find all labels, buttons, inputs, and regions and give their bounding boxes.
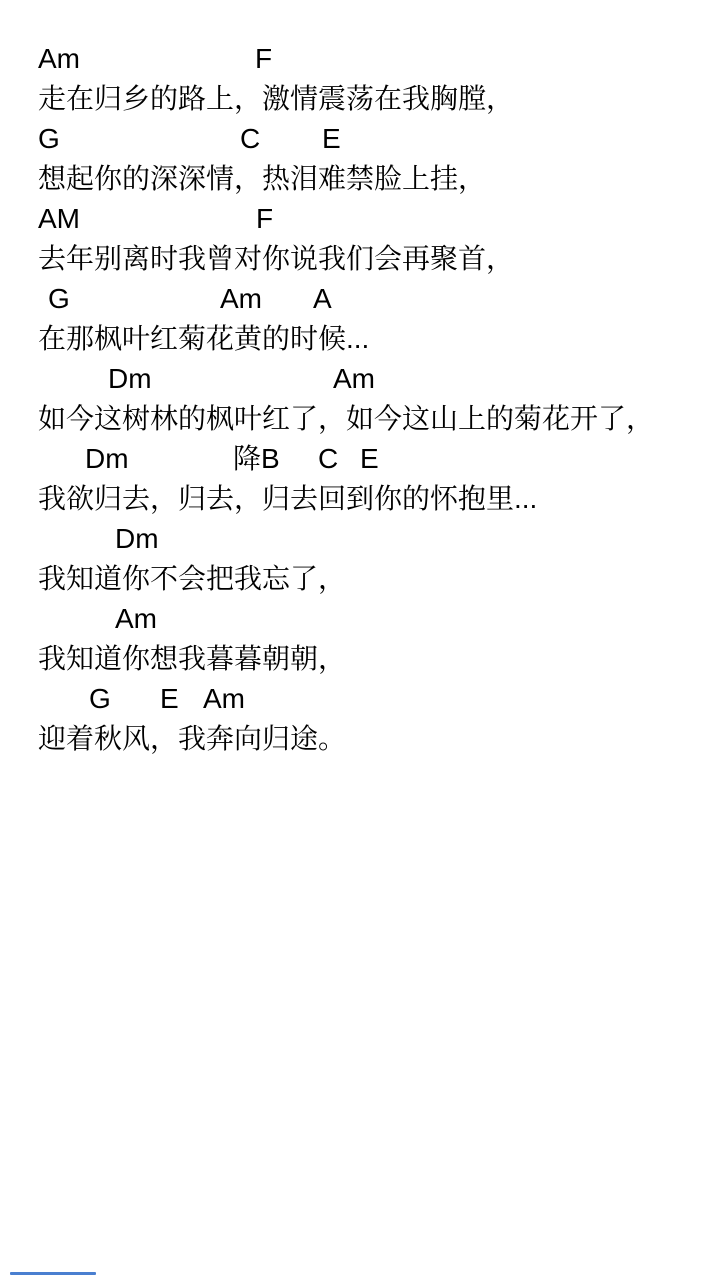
chord-label: E [322, 119, 341, 159]
chord-label: 降B [233, 439, 280, 479]
chord-label: C [240, 119, 260, 159]
lyric-line: 如今这树林的枫叶红了，如今这山上的菊花开了， [0, 399, 720, 439]
link-text-fragment[interactable] [10, 1272, 96, 1275]
chord-line: Dm [0, 519, 720, 559]
lyric-line: 在那枫叶红菊花黄的时候... [0, 319, 720, 359]
chord-label: Am [38, 39, 80, 79]
chord-label: F [255, 39, 272, 79]
chord-line: AMF [0, 199, 720, 239]
chord-label: A [313, 279, 332, 319]
chord-label: Dm [85, 439, 129, 479]
chord-label: E [160, 679, 179, 719]
chord-line: Am [0, 599, 720, 639]
chord-label: Dm [108, 359, 152, 399]
chord-label: AM [38, 199, 80, 239]
chord-line: GCE [0, 119, 720, 159]
chord-line: Dm降BCE [0, 439, 720, 479]
chord-line: GEAm [0, 679, 720, 719]
lyric-line: 想起你的深深情，热泪难禁脸上挂， [0, 159, 720, 199]
chord-label: G [38, 119, 60, 159]
chord-label: F [256, 199, 273, 239]
lyric-line: 走在归乡的路上，激情震荡在我胸膛， [0, 79, 720, 119]
chord-line: AmF [0, 39, 720, 79]
chord-label: Dm [115, 519, 159, 559]
chord-label: Am [203, 679, 245, 719]
lyric-line: 我欲归去，归去，归去回到你的怀抱里... [0, 479, 720, 519]
lyric-line: 我知道你想我暮暮朝朝， [0, 639, 720, 679]
lyric-line: 我知道你不会把我忘了， [0, 559, 720, 599]
chord-label: C [318, 439, 338, 479]
chord-label: G [48, 279, 70, 319]
chord-label: G [89, 679, 111, 719]
lyric-line: 迎着秋风，我奔向归途。 [0, 719, 720, 759]
chord-label: Am [220, 279, 262, 319]
chord-label: E [360, 439, 379, 479]
chord-line: GAmA [0, 279, 720, 319]
chord-sheet: AmF走在归乡的路上，激情震荡在我胸膛，GCE想起你的深深情，热泪难禁脸上挂，A… [0, 0, 720, 1280]
chord-label: Am [115, 599, 157, 639]
chord-line: DmAm [0, 359, 720, 399]
chord-label: Am [333, 359, 375, 399]
lyric-line: 去年别离时我曾对你说我们会再聚首， [0, 239, 720, 279]
